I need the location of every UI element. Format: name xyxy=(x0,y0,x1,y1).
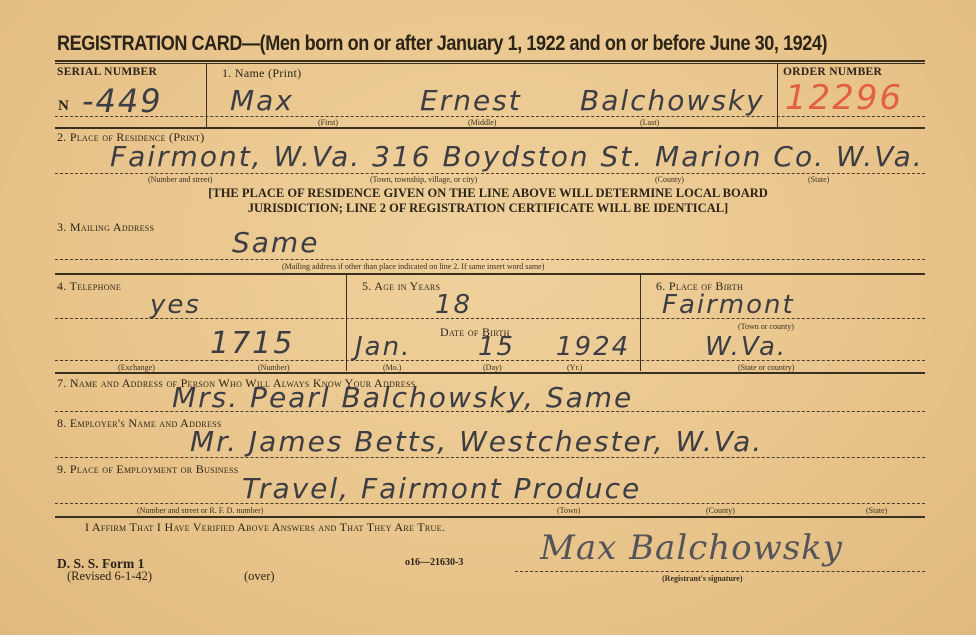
serial-number-label: SERIAL NUMBER xyxy=(57,66,157,78)
divider xyxy=(55,516,925,518)
sub-exchange: (Exchange) xyxy=(118,363,155,372)
sub-town: (Town, township, village, or city) xyxy=(370,175,477,184)
order-number-label: ORDER NUMBER xyxy=(783,66,882,78)
sub-first: (First) xyxy=(318,118,338,127)
sub-day: (Day) xyxy=(483,363,502,372)
form-over: (over) xyxy=(244,569,275,584)
telephone-label: 4. Telephone xyxy=(57,279,121,294)
dob-day-value: 15 xyxy=(478,332,515,362)
dob-month-value: Jan. xyxy=(355,332,411,362)
telephone-exchange-value: yes xyxy=(150,290,201,320)
serial-prefix: N xyxy=(58,98,69,115)
contact-value: Mrs. Pearl Balchowsky, Same xyxy=(172,381,633,414)
sub-emp-town: (Town) xyxy=(557,506,580,515)
mailing-sub: (Mailing address if other than place ind… xyxy=(282,262,544,271)
mailing-label: 3. Mailing Address xyxy=(57,220,154,235)
employment-label: 9. Place of Employment or Business xyxy=(57,462,239,477)
sub-month: (Mo.) xyxy=(383,363,401,372)
sub-birth-town: (Town or county) xyxy=(738,322,794,331)
divider xyxy=(55,60,925,62)
mailing-value: Same xyxy=(232,226,319,259)
divider xyxy=(55,273,925,275)
serial-number-value: -449 xyxy=(82,82,163,120)
order-number-value: 12296 xyxy=(785,78,903,118)
affirmation-text: I Affirm That I Have Verified Above Answ… xyxy=(85,520,445,535)
divider xyxy=(346,275,347,371)
fill-line xyxy=(55,411,925,412)
form-code: o16—21630-3 xyxy=(405,557,463,568)
telephone-number-value: 1715 xyxy=(210,326,294,361)
registrant-signature: Max Balchowsky xyxy=(540,528,843,568)
sub-middle: (Middle) xyxy=(468,118,496,127)
fill-line xyxy=(55,503,925,504)
sub-county: (County) xyxy=(655,175,684,184)
sub-street: (Number and street) xyxy=(148,175,212,184)
sub-state: (State) xyxy=(808,175,829,184)
signature-line xyxy=(515,571,925,572)
divider xyxy=(206,63,207,127)
name-label: 1. Name (Print) xyxy=(222,66,301,81)
signature-sub: (Registrant's signature) xyxy=(662,574,743,583)
jurisdiction-notice-2: JURISDICTION; LINE 2 OF REGISTRATION CER… xyxy=(0,201,976,216)
fill-line xyxy=(55,116,925,117)
sub-birth-state: (State or country) xyxy=(738,363,794,372)
divider xyxy=(55,372,925,374)
first-name-value: Max xyxy=(230,84,294,117)
divider xyxy=(777,63,778,127)
sub-number: (Number) xyxy=(258,363,290,372)
employment-value: Travel, Fairmont Produce xyxy=(242,472,641,505)
divider xyxy=(55,127,925,129)
jurisdiction-notice-1: [THE PLACE OF RESIDENCE GIVEN ON THE LIN… xyxy=(0,186,976,201)
form-revised: (Revised 6-1-42) xyxy=(67,569,152,584)
sub-last: (Last) xyxy=(640,118,659,127)
birthplace-town-value: Fairmont xyxy=(662,290,795,320)
sub-year: (Yr.) xyxy=(567,363,582,372)
registration-card: REGISTRATION CARD—(Men born on or after … xyxy=(0,0,976,635)
employer-value: Mr. James Betts, Westchester, W.Va. xyxy=(190,425,763,458)
divider xyxy=(55,63,925,64)
fill-line xyxy=(55,259,925,260)
sub-emp-county: (County) xyxy=(706,506,735,515)
residence-value: Fairmont, W.Va. 316 Boydston St. Marion … xyxy=(110,140,924,173)
sub-emp-street: (Number and street or R. F. D. number) xyxy=(137,506,263,515)
card-title: REGISTRATION CARD—(Men born on or after … xyxy=(57,32,827,56)
sub-emp-state: (State) xyxy=(866,506,887,515)
birthplace-state-value: W.Va. xyxy=(705,332,787,362)
middle-name-value: Ernest xyxy=(420,84,522,117)
fill-line xyxy=(55,173,925,174)
dob-year-value: 1924 xyxy=(556,332,630,362)
fill-line xyxy=(55,457,925,458)
age-label: 5. Age in Years xyxy=(362,279,440,294)
divider xyxy=(640,275,641,371)
age-value: 18 xyxy=(435,290,472,320)
last-name-value: Balchowsky xyxy=(580,84,765,117)
